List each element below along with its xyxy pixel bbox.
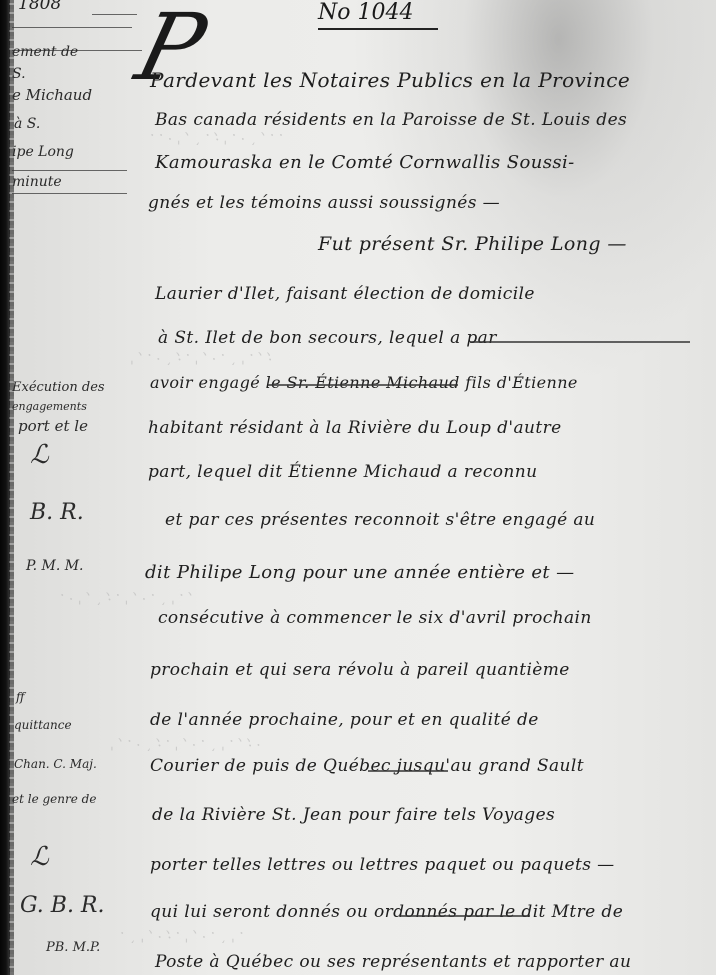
margin-rule [92, 14, 137, 15]
margin-header-line: minute [12, 174, 62, 190]
text-line: Pardevant les Notaires Publics en la Pro… [150, 68, 630, 92]
margin-rule [12, 170, 127, 171]
margin-rule [12, 193, 127, 194]
bleed-through: ' , . · ` ; . ' , · . ` ' . , ; [130, 350, 272, 366]
text-line: et par ces présentes reconnoit s'être en… [165, 510, 595, 530]
text-line: Fut présent Sr. Philipe Long — [318, 233, 627, 255]
text-line: Kamouraska en le Comté Cornwallis Soussi… [155, 152, 575, 173]
bleed-through: . ` ' , · ; . ' , · . ` ' . [120, 928, 244, 944]
margin-annotation: ff [16, 690, 25, 704]
text-line: Bas canada résidents en la Paroisse de S… [155, 110, 627, 130]
deed-number-underline [318, 28, 438, 30]
margin-header-line: ipe Long [12, 144, 74, 160]
bleed-through: ' , . · ` ; . ' , · . ` ' . , ; · [110, 736, 261, 752]
text-line: Laurier d'Ilet, faisant élection de domi… [155, 284, 535, 304]
document-page: 1808 ement de S. e Michaud à S. ipe Long… [0, 0, 716, 975]
text-line: consécutive à commencer le six d'avril p… [158, 608, 592, 628]
margin-header-line: S. [12, 66, 26, 82]
text-line: Poste à Québec ou ses représentants et r… [155, 952, 631, 972]
text-line: de la Rivière St. Jean pour faire tels V… [152, 805, 555, 825]
margin-annotation: et le genre de [12, 792, 96, 806]
text-line: gnés et les témoins aussi soussignés — [148, 193, 500, 213]
text-line: qui lui seront donnés ou ordonnés par le… [150, 902, 623, 922]
text-line: Courier de puis de Québec jusqu'au grand… [150, 756, 584, 776]
margin-annotation: Exécution des [12, 380, 105, 395]
strikethrough [470, 341, 690, 343]
margin-annotation: G. B. R. [20, 893, 105, 918]
strikethrough [368, 770, 448, 772]
margin-annotation: P. M. M. [26, 558, 84, 574]
margin-annotation: port et le [18, 417, 88, 435]
margin-annotation: ℒ [30, 842, 49, 872]
text-line: à St. Ilet de bon secours, lequel a par [158, 328, 497, 348]
margin-annotation: ℒ [30, 440, 49, 470]
strikethrough [268, 384, 458, 386]
bleed-through: . · ' , ` ; . ' , · . ` ' . , [60, 590, 193, 606]
text-line: habitant résidant à la Rivière du Loup d… [148, 418, 562, 438]
margin-year: 1808 [18, 0, 61, 14]
margin-annotation: engagements [12, 400, 87, 413]
margin-header-line: à S. [14, 116, 40, 132]
deed-number: No 1044 [318, 0, 413, 25]
text-line: avoir engagé le Sr. Étienne Michaud fils… [150, 373, 578, 392]
margin-header-line: ement de [12, 44, 78, 60]
text-line: prochain et qui sera révolu à pareil qua… [150, 660, 570, 680]
text-line: de l'année prochaine, pour et en qualité… [150, 710, 539, 730]
text-line: dit Philipe Long pour une année entière … [145, 562, 575, 583]
margin-annotation: PB. M.P. [46, 940, 100, 955]
margin-annotation: B. R. [30, 500, 84, 525]
text-line: porter telles lettres ou lettres paquet … [150, 855, 615, 875]
margin-annotation: quittance [14, 718, 72, 732]
text-line: part, lequel dit Étienne Michaud a recon… [148, 462, 537, 482]
strikethrough [400, 915, 530, 917]
margin-rule [12, 27, 132, 28]
bleed-through: . . · ' , ` . ; ' . · ` , . . [150, 130, 283, 146]
margin-annotation: Chan. C. Maj. [14, 757, 97, 771]
margin-header-line: e Michaud [12, 86, 92, 104]
